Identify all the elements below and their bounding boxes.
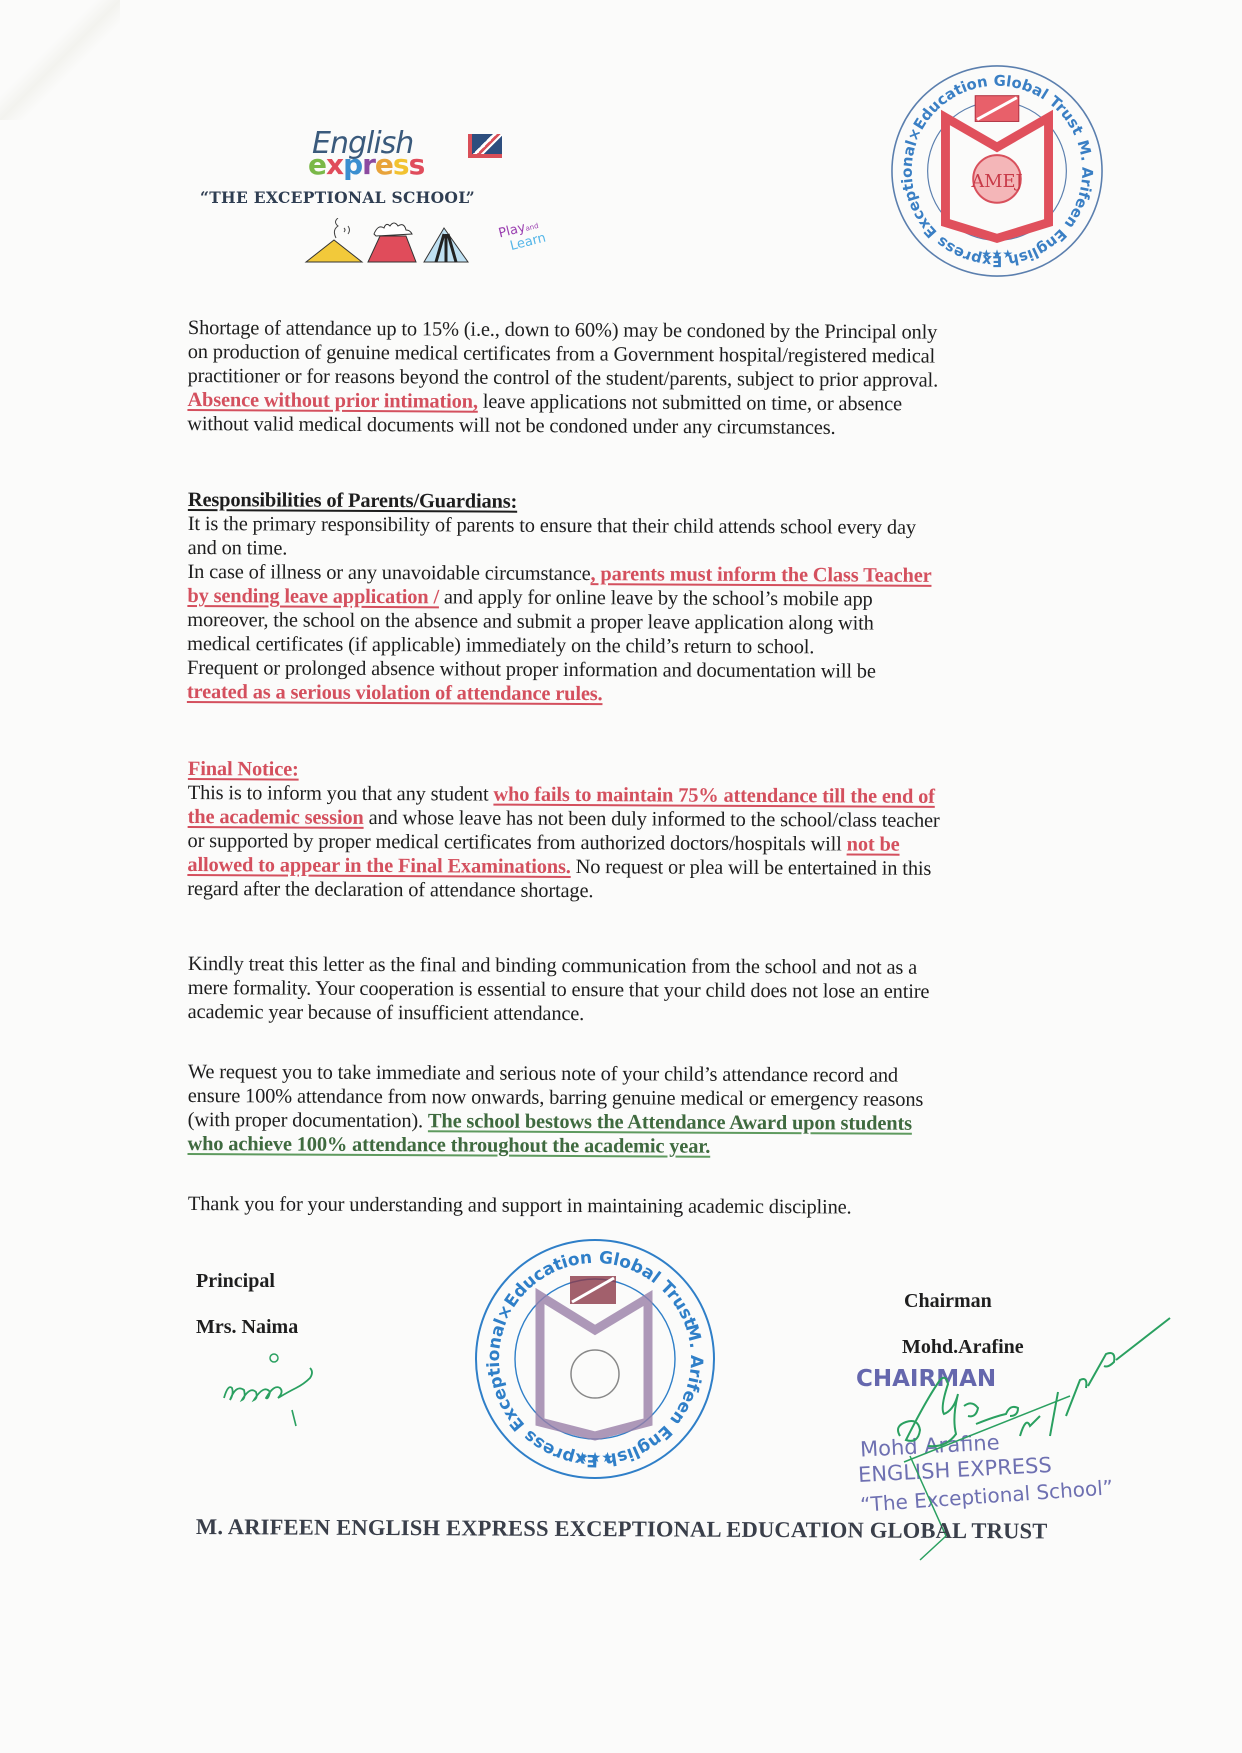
principal-signature	[218, 1350, 358, 1430]
play-and-learn-text: Playand Learn	[497, 215, 548, 256]
principal-name: Mrs. Naima	[196, 1316, 298, 1339]
final-notice-heading: Final Notice:	[188, 758, 299, 781]
responsibilities-section: Responsibilities of Parents/Guardians: I…	[187, 488, 1098, 709]
scan-shadow	[0, 0, 120, 120]
highlight-absence-without-intimation: Absence without prior intimation,	[187, 389, 477, 413]
highlight-leave-application: by sending leave application /	[187, 585, 439, 608]
highlight-not-allowed: not be	[847, 833, 900, 855]
school-tagline: “THE EXCEPTIONAL SCHOOL”	[200, 188, 475, 207]
footer-trust-name: M. ARIFEEN ENGLISH EXPRESS EXCEPTIONAL E…	[196, 1514, 1048, 1544]
principal-title: Principal	[196, 1270, 275, 1293]
highlight-attendance-award: The school bestows the Attendance Award …	[428, 1110, 912, 1135]
request-paragraph: We request you to take immediate and ser…	[187, 1060, 1097, 1161]
final-notice-section: Final Notice: This is to inform you that…	[187, 757, 1098, 906]
binding-communication-paragraph: Kindly treat this letter as the final an…	[188, 952, 1098, 1029]
seal-stars-icon: ★★★	[981, 247, 1013, 261]
svg-text:M. Arifeen English Express Exc: M. Arifeen English Express Exceptional×E…	[470, 1236, 720, 1482]
highlight-75-percent: who fails to maintain 75% attendance til…	[493, 784, 934, 808]
highlight-serious-violation: treated as a serious violation of attend…	[187, 681, 603, 705]
seal-stars-icon: ★★★	[576, 1451, 614, 1466]
closing-line: Thank you for your understanding and sup…	[188, 1192, 1098, 1221]
attendance-shortage-paragraph: Shortage of attendance up to 15% (i.e., …	[187, 316, 1098, 442]
brand-express: express	[308, 148, 424, 181]
seal-monogram: AMEJ	[970, 171, 1022, 192]
highlight-inform-class-teacher: , parents must inform the Class Teacher	[590, 563, 931, 587]
trust-seal-bottom: M. Arifeen English Express Exceptional×E…	[470, 1236, 720, 1482]
trust-seal-top: M. Arifeen English Express Exceptional×E…	[888, 62, 1106, 280]
play-learn-shapes-icon	[296, 218, 476, 264]
responsibilities-heading: Responsibilities of Parents/Guardians:	[188, 489, 517, 513]
union-flag-icon	[468, 134, 502, 158]
school-logo: English express “THE EXCEPTIONAL SCHOOL”…	[200, 120, 580, 270]
